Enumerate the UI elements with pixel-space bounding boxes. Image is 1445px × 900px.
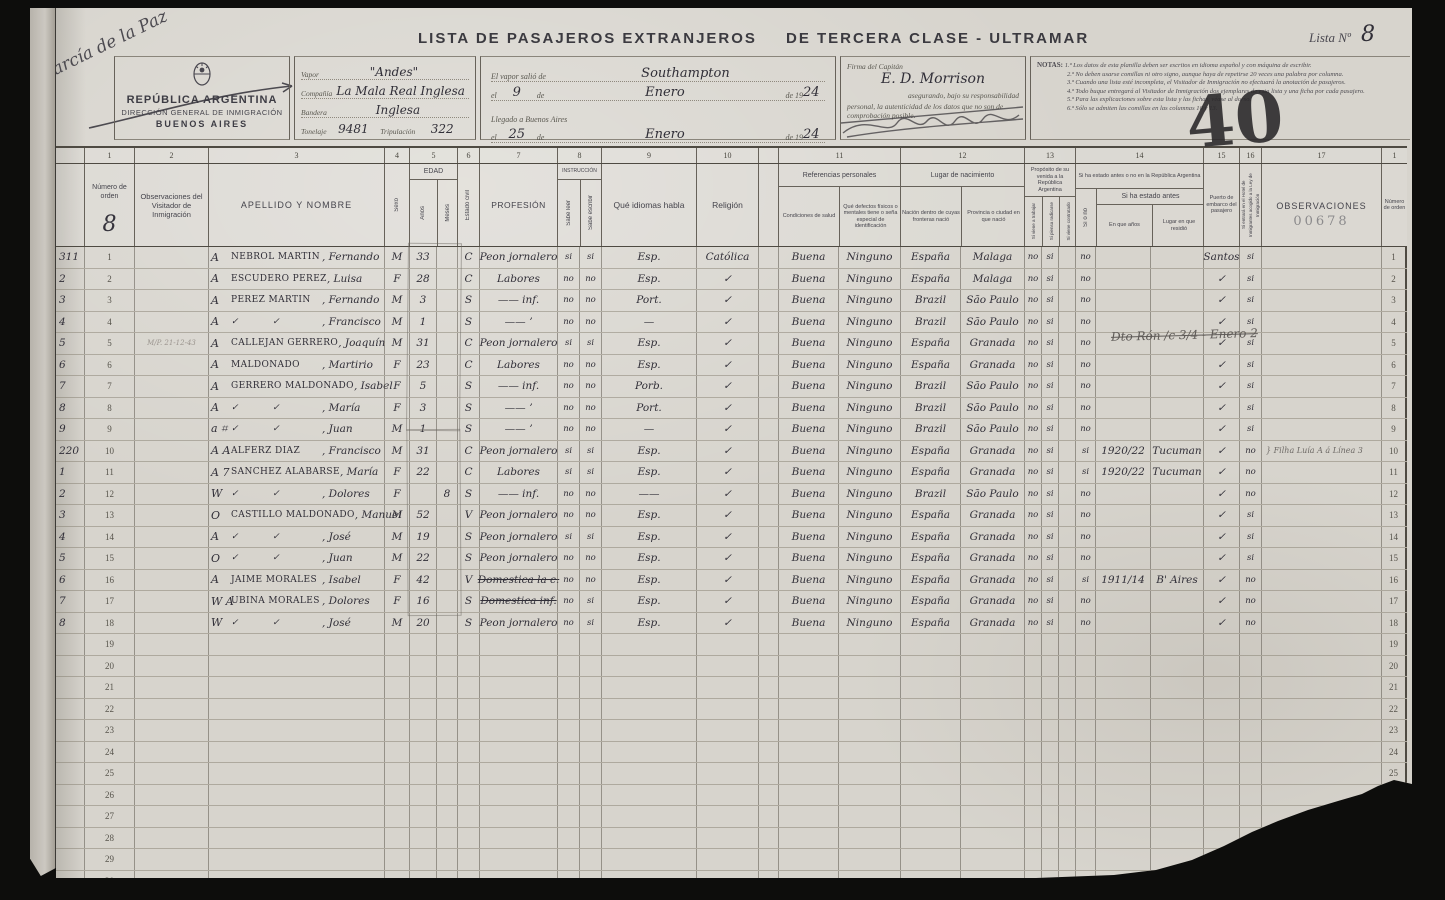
cell-purpose-2 <box>1041 677 1058 698</box>
cell-birth-nation: Brazil <box>900 484 960 505</box>
cell-health <box>778 785 838 806</box>
sexo-label: Sexo <box>394 198 401 212</box>
cell-civil-status <box>457 785 479 806</box>
cell-been-before: no <box>1075 355 1095 376</box>
table-row: 717W AUBINA MORALES, DoloresF16SDomestic… <box>56 591 1407 613</box>
cell-purpose-3 <box>1058 634 1075 655</box>
ha-estado-label: Si ha estado antes <box>1097 189 1203 205</box>
cell-health: Buena <box>778 548 838 569</box>
cell-observation-17 <box>1261 462 1381 483</box>
cell-language: Esp. <box>601 505 696 526</box>
cell-purpose-2: si <box>1041 462 1058 483</box>
cell-can-write: no <box>579 484 601 505</box>
cell-age-months <box>436 720 457 741</box>
cell-age-months <box>436 828 457 849</box>
lugar-nacimiento-label: Lugar de nacimiento <box>901 164 1024 187</box>
cell-purpose-1: no <box>1024 269 1041 290</box>
cell-age-years <box>409 871 436 892</box>
table-row: 66AMALDONADO, MartirioF23CLaboresnonoEsp… <box>56 355 1407 377</box>
cell-spare <box>758 548 778 569</box>
cell-immigrant-hotel: si <box>1239 269 1261 290</box>
column-number: 12 <box>900 148 1024 163</box>
cell-observation-17 <box>1261 613 1381 634</box>
cell-purpose-3 <box>1058 462 1075 483</box>
sabe-leer: Sabe leer <box>558 180 580 246</box>
cell-birth-province <box>960 763 1024 784</box>
cell-embark-port: ✓ <box>1203 462 1239 483</box>
cell-years-before <box>1095 269 1150 290</box>
given-name: , Francisco <box>322 316 384 328</box>
table-row: 3111ANEBROL MARTIN, FernandoM33CPeon jor… <box>56 247 1407 269</box>
cell-profession: —— inf. <box>479 290 557 311</box>
prop2-label: Si piensa radicarse <box>1042 197 1059 246</box>
cell-margin-order-number: 4 <box>56 312 84 333</box>
cell-profession: —— inf. <box>479 484 557 505</box>
cell-purpose-2: si <box>1041 269 1058 290</box>
cell-spare <box>758 419 778 440</box>
cell-health: Buena <box>778 591 838 612</box>
cell-birth-province <box>960 699 1024 720</box>
table-row: 313OCASTILLO MALDONADO, ManuelM52VPeon j… <box>56 505 1407 527</box>
cell-can-read <box>557 806 579 827</box>
cell-religion <box>696 763 758 784</box>
cell-visitor-observation <box>134 290 208 311</box>
cell-years-before <box>1095 290 1150 311</box>
column-number: 3 <box>208 148 384 163</box>
cell-visitor-observation <box>134 419 208 440</box>
cell-can-write: no <box>579 570 601 591</box>
cell-defects: Ninguno <box>838 269 900 290</box>
name-mark: A <box>211 272 231 285</box>
cell-place-before <box>1150 720 1203 741</box>
name-mark: W <box>211 616 231 629</box>
table-row: 2626 <box>56 785 1407 807</box>
cell-purpose-1 <box>1024 828 1041 849</box>
surname: GERRERO MALDONADO <box>231 381 354 391</box>
cell-visitor-observation <box>134 376 208 397</box>
cell-can-write <box>579 742 601 763</box>
de19-label1: de 19 <box>785 91 803 100</box>
cell-can-read <box>557 656 579 677</box>
cell-profession: Labores <box>479 355 557 376</box>
cell-passenger-name: W✓ ✓, José <box>208 613 384 634</box>
cell-visitor-observation <box>134 785 208 806</box>
cell-passenger-name <box>208 742 384 763</box>
cell-purpose-2: si <box>1041 290 1058 311</box>
nota-item-2: 2.ª No deben usarse comillas ni otro sig… <box>1037 71 1404 80</box>
cell-sex: F <box>384 376 409 397</box>
cell-passenger-name: W AUBINA MORALES, Dolores <box>208 591 384 612</box>
cell-birth-nation: España <box>900 269 960 290</box>
name-mark: A <box>211 573 231 586</box>
cell-observation-17 <box>1261 312 1381 333</box>
cell-place-before <box>1150 484 1203 505</box>
cell-sex: F <box>384 462 409 483</box>
cell-birth-nation <box>900 806 960 827</box>
cell-place-before: Tucuman <box>1150 441 1203 462</box>
table-row: 414A✓ ✓, JoséM19SPeon jornalerosisiEsp.✓… <box>56 527 1407 549</box>
cell-birth-nation: España <box>900 613 960 634</box>
referencias-label: Referencias personales <box>779 164 900 187</box>
cell-spare <box>758 806 778 827</box>
cell-can-write: si <box>579 527 601 548</box>
cell-spare <box>758 527 778 548</box>
cell-visitor-observation <box>134 355 208 376</box>
captain-box: Firma del Capitán E. D. Morrison asegura… <box>840 56 1026 140</box>
serial-number-stamp: 00678 <box>1293 217 1349 226</box>
column-number: 13 <box>1024 148 1075 163</box>
cell-can-read: si <box>557 441 579 462</box>
header-puerto: Puerto de embarco del pasajero <box>1203 164 1239 246</box>
cell-health <box>778 806 838 827</box>
cell-margin-order-number: 2 <box>56 269 84 290</box>
table-row: 2727 <box>56 806 1407 828</box>
cell-purpose-1 <box>1024 656 1041 677</box>
cell-civil-status <box>457 763 479 784</box>
cell-purpose-2: si <box>1041 441 1058 462</box>
cell-purpose-3 <box>1058 419 1075 440</box>
table-row: 818W✓ ✓, JoséM20SPeon jornaleronosiEsp.✓… <box>56 613 1407 635</box>
prop1-label: Si viene a trabajar <box>1025 197 1042 246</box>
lista-number-handwritten: 8 <box>1361 22 1375 47</box>
cell-spare <box>758 699 778 720</box>
cell-health <box>778 677 838 698</box>
voyage-box: El vapor salió de Southampton el 9 de En… <box>480 56 836 140</box>
cell-can-read: no <box>557 548 579 569</box>
cell-age-years <box>409 742 436 763</box>
cell-immigrant-hotel: si <box>1239 398 1261 419</box>
cell-birth-nation <box>900 828 960 849</box>
cell-defects: Ninguno <box>838 333 900 354</box>
given-name: , José <box>322 531 384 543</box>
cell-language <box>601 785 696 806</box>
cell-age-months <box>436 742 457 763</box>
cell-passenger-name: A✓ ✓, José <box>208 527 384 548</box>
cell-religion: ✓ <box>696 548 758 569</box>
cell-defects: Ninguno <box>838 505 900 526</box>
cell-profession <box>479 699 557 720</box>
agency-department: DIRECCIÓN GENERAL DE INMIGRACIÓN <box>115 108 289 117</box>
cell-passenger-name: AMALDONADO, Martirio <box>208 355 384 376</box>
cell-profession: Labores <box>479 462 557 483</box>
idiomas-label: Qué idiomas habla <box>614 201 685 210</box>
cell-birth-nation <box>900 871 960 892</box>
cell-profession <box>479 871 557 892</box>
cell-margin-order-number <box>56 634 84 655</box>
cell-can-read <box>557 828 579 849</box>
cell-profession <box>479 634 557 655</box>
cell-language <box>601 849 696 870</box>
cell-row-number-right: 12 <box>1381 484 1407 505</box>
cell-row-number-right: 25 <box>1381 763 1407 784</box>
cell-health <box>778 871 838 892</box>
cell-purpose-2 <box>1041 806 1058 827</box>
cell-purpose-3 <box>1058 720 1075 741</box>
cell-passenger-name <box>208 806 384 827</box>
cell-health: Buena <box>778 333 838 354</box>
cell-religion: ✓ <box>696 613 758 634</box>
cell-row-number-left: 26 <box>84 785 134 806</box>
cell-row-number-right: 3 <box>1381 290 1407 311</box>
cell-language: Esp. <box>601 441 696 462</box>
column-number: 9 <box>601 148 696 163</box>
cell-spare <box>758 742 778 763</box>
cell-religion <box>696 806 758 827</box>
cell-defects <box>838 720 900 741</box>
cell-spare <box>758 656 778 677</box>
cell-row-number-right: 13 <box>1381 505 1407 526</box>
cell-row-number-left: 24 <box>84 742 134 763</box>
cell-sex <box>384 785 409 806</box>
cell-profession <box>479 828 557 849</box>
table-row: 2121 <box>56 677 1407 699</box>
cell-purpose-2: si <box>1041 376 1058 397</box>
cell-can-read: no <box>557 290 579 311</box>
bandera-label: Bandera <box>301 108 327 117</box>
cell-age-years <box>409 763 436 784</box>
tonelaje-value: 9481 <box>327 123 381 136</box>
cell-birth-province: Granada <box>960 548 1024 569</box>
cell-birth-nation <box>900 763 960 784</box>
given-name: , Juan <box>322 552 384 564</box>
cell-margin-order-number: 6 <box>56 355 84 376</box>
cell-row-number-right: 17 <box>1381 591 1407 612</box>
cell-immigrant-hotel <box>1239 656 1261 677</box>
cell-profession: —— ʼ <box>479 398 557 419</box>
cell-purpose-1: no <box>1024 355 1041 376</box>
cell-row-number-right: 1 <box>1381 247 1407 268</box>
cell-years-before <box>1095 699 1150 720</box>
cell-passenger-name: a ⌗✓ ✓, Juan <box>208 419 384 440</box>
cell-purpose-1: no <box>1024 398 1041 419</box>
cell-can-write: no <box>579 419 601 440</box>
cell-purpose-3 <box>1058 656 1075 677</box>
si-o-no: Sí o no <box>1076 189 1096 246</box>
cell-years-before <box>1095 806 1150 827</box>
cell-birth-province <box>960 871 1024 892</box>
cell-years-before <box>1095 505 1150 526</box>
cell-birth-nation: España <box>900 570 960 591</box>
cell-years-before <box>1095 785 1150 806</box>
cell-defects: Ninguno <box>838 355 900 376</box>
cell-purpose-3 <box>1058 677 1075 698</box>
estado-antes-label: Si ha estado antes o no en la República … <box>1076 164 1203 189</box>
cell-been-before: no <box>1075 398 1095 419</box>
cell-birth-nation: España <box>900 505 960 526</box>
cell-civil-status <box>457 699 479 720</box>
cell-can-write: si <box>579 462 601 483</box>
given-name: , Dolores <box>322 595 384 607</box>
cell-age-years <box>409 849 436 870</box>
cell-profession: Domestica la c. <box>479 570 557 591</box>
cell-spare <box>758 763 778 784</box>
cell-health: Buena <box>778 570 838 591</box>
cell-observation-17 <box>1261 333 1381 354</box>
surname: ✓ ✓ <box>231 489 322 499</box>
cell-embark-port <box>1203 720 1239 741</box>
passenger-list-sheet: LISTA DE PASAJEROS EXTRANJEROS DE TERCER… <box>56 8 1412 900</box>
cell-can-write: no <box>579 376 601 397</box>
cell-birth-nation <box>900 849 960 870</box>
cell-been-before <box>1075 677 1095 698</box>
cell-embark-port <box>1203 656 1239 677</box>
cell-profession: Peon jornalero <box>479 505 557 526</box>
cell-language: Esp. <box>601 333 696 354</box>
cell-can-write <box>579 677 601 698</box>
cell-purpose-1 <box>1024 720 1041 741</box>
cell-row-number-right: 24 <box>1381 742 1407 763</box>
cell-birth-nation: Brazil <box>900 419 960 440</box>
cell-defects: Ninguno <box>838 570 900 591</box>
nacion-label: Nación dentro de cuyas fronteras nació <box>901 187 961 246</box>
cell-profession: Labores <box>479 269 557 290</box>
cell-passenger-name <box>208 677 384 698</box>
cell-spare <box>758 462 778 483</box>
cell-purpose-2: si <box>1041 591 1058 612</box>
cell-purpose-1: no <box>1024 505 1041 526</box>
cell-margin-order-number: 311 <box>56 247 84 268</box>
cell-birth-nation: España <box>900 247 960 268</box>
cell-observation-17 <box>1261 247 1381 268</box>
header-estado-civil: Estado civil <box>457 164 479 246</box>
cell-years-before <box>1095 484 1150 505</box>
cell-purpose-2: si <box>1041 613 1058 634</box>
cell-passenger-name: A 7SANCHEZ ALABARSE, María <box>208 462 384 483</box>
cell-margin-order-number: 3 <box>56 290 84 311</box>
cell-been-before <box>1075 785 1095 806</box>
cell-spare <box>758 849 778 870</box>
cell-defects <box>838 828 900 849</box>
cell-years-before <box>1095 398 1150 419</box>
cell-profession <box>479 785 557 806</box>
cell-visitor-observation <box>134 720 208 741</box>
cell-immigrant-hotel: no <box>1239 462 1261 483</box>
cell-purpose-3 <box>1058 763 1075 784</box>
cell-purpose-2: si <box>1041 570 1058 591</box>
cell-visitor-observation <box>134 742 208 763</box>
cell-spare <box>758 505 778 526</box>
cell-row-number-right: 5 <box>1381 333 1407 354</box>
cell-health: Buena <box>778 441 838 462</box>
numero-orden2-label: Número de orden <box>1382 198 1407 213</box>
cell-immigrant-hotel: no <box>1239 570 1261 591</box>
cell-observation-17 <box>1261 290 1381 311</box>
cell-religion <box>696 828 758 849</box>
cell-embark-port: ✓ <box>1203 419 1239 440</box>
cell-spare <box>758 484 778 505</box>
cell-passenger-name: ANEBROL MARTIN, Fernando <box>208 247 384 268</box>
cell-purpose-1: no <box>1024 613 1041 634</box>
cell-immigrant-hotel <box>1239 677 1261 698</box>
cell-purpose-2 <box>1041 849 1058 870</box>
cell-spare <box>758 398 778 419</box>
cell-language: Esp. <box>601 570 696 591</box>
cell-purpose-2: si <box>1041 398 1058 419</box>
cell-spare <box>758 785 778 806</box>
page-number-stamp: 40 <box>1183 74 1287 165</box>
table-row: 1919 <box>56 634 1407 656</box>
table-row: 111A 7SANCHEZ ALABARSE, MaríaF22CLabores… <box>56 462 1407 484</box>
cell-row-number-right: 21 <box>1381 677 1407 698</box>
cell-purpose-3 <box>1058 591 1075 612</box>
cell-health: Buena <box>778 484 838 505</box>
cell-religion <box>696 871 758 892</box>
cell-immigrant-hotel: si <box>1239 355 1261 376</box>
tripulacion-value: 322 <box>415 123 469 136</box>
cell-embark-port <box>1203 634 1239 655</box>
cell-been-before: no <box>1075 548 1095 569</box>
cell-passenger-name: OCASTILLO MALDONADO, Manuel <box>208 505 384 526</box>
cell-purpose-3 <box>1058 247 1075 268</box>
compania-value: La Mala Real Inglesa <box>332 85 469 98</box>
cell-observation-17 <box>1261 742 1381 763</box>
cell-language: Esp. <box>601 247 696 268</box>
cell-birth-province <box>960 656 1024 677</box>
cell-age-years <box>409 634 436 655</box>
cell-language: Esp. <box>601 548 696 569</box>
cell-row-number-right: 20 <box>1381 656 1407 677</box>
cell-passenger-name <box>208 720 384 741</box>
cell-years-before <box>1095 828 1150 849</box>
cell-margin-order-number: 5 <box>56 333 84 354</box>
cell-years-before <box>1095 656 1150 677</box>
cell-language <box>601 720 696 741</box>
cell-purpose-1 <box>1024 763 1041 784</box>
cell-birth-province: Granada <box>960 505 1024 526</box>
cell-age-years <box>409 656 436 677</box>
cell-religion: ✓ <box>696 312 758 333</box>
cell-visitor-observation <box>134 634 208 655</box>
cell-age-months <box>436 785 457 806</box>
cell-purpose-2 <box>1041 871 1058 892</box>
table-row: 2525 <box>56 763 1407 785</box>
cell-health <box>778 634 838 655</box>
column-number: 5 <box>409 148 457 163</box>
header-margin <box>56 164 84 246</box>
cell-place-before <box>1150 290 1203 311</box>
cell-religion: Católica <box>696 247 758 268</box>
cell-row-number-right: 26 <box>1381 785 1407 806</box>
anos-vert: Años <box>420 206 427 220</box>
cell-row-number-right: 6 <box>1381 355 1407 376</box>
cell-religion: ✓ <box>696 505 758 526</box>
cell-profession <box>479 742 557 763</box>
cell-birth-province <box>960 742 1024 763</box>
cell-place-before <box>1150 269 1203 290</box>
cell-immigrant-hotel: no <box>1239 591 1261 612</box>
cell-row-number-left: 4 <box>84 312 134 333</box>
given-name: , Martirio <box>322 359 384 371</box>
column-number: 10 <box>696 148 758 163</box>
lugar-residio-label: Lugar en que residió <box>1152 205 1203 246</box>
cell-religion: ✓ <box>696 398 758 419</box>
cell-purpose-2: si <box>1041 355 1058 376</box>
cell-immigrant-hotel <box>1239 785 1261 806</box>
cell-place-before <box>1150 527 1203 548</box>
cell-observation-17 <box>1261 849 1381 870</box>
cell-religion: ✓ <box>696 527 758 548</box>
cell-sex <box>384 828 409 849</box>
cell-can-read: no <box>557 484 579 505</box>
cell-passenger-name <box>208 699 384 720</box>
cell-immigrant-hotel: no <box>1239 441 1261 462</box>
cell-purpose-1 <box>1024 634 1041 655</box>
cell-defects <box>838 656 900 677</box>
cell-visitor-observation <box>134 462 208 483</box>
cell-row-number-left: 21 <box>84 677 134 698</box>
cell-birth-nation: Brazil <box>900 290 960 311</box>
table-row: 88A✓ ✓, MaríaF3S—— ʼnonoPort.✓BuenaNingu… <box>56 398 1407 420</box>
